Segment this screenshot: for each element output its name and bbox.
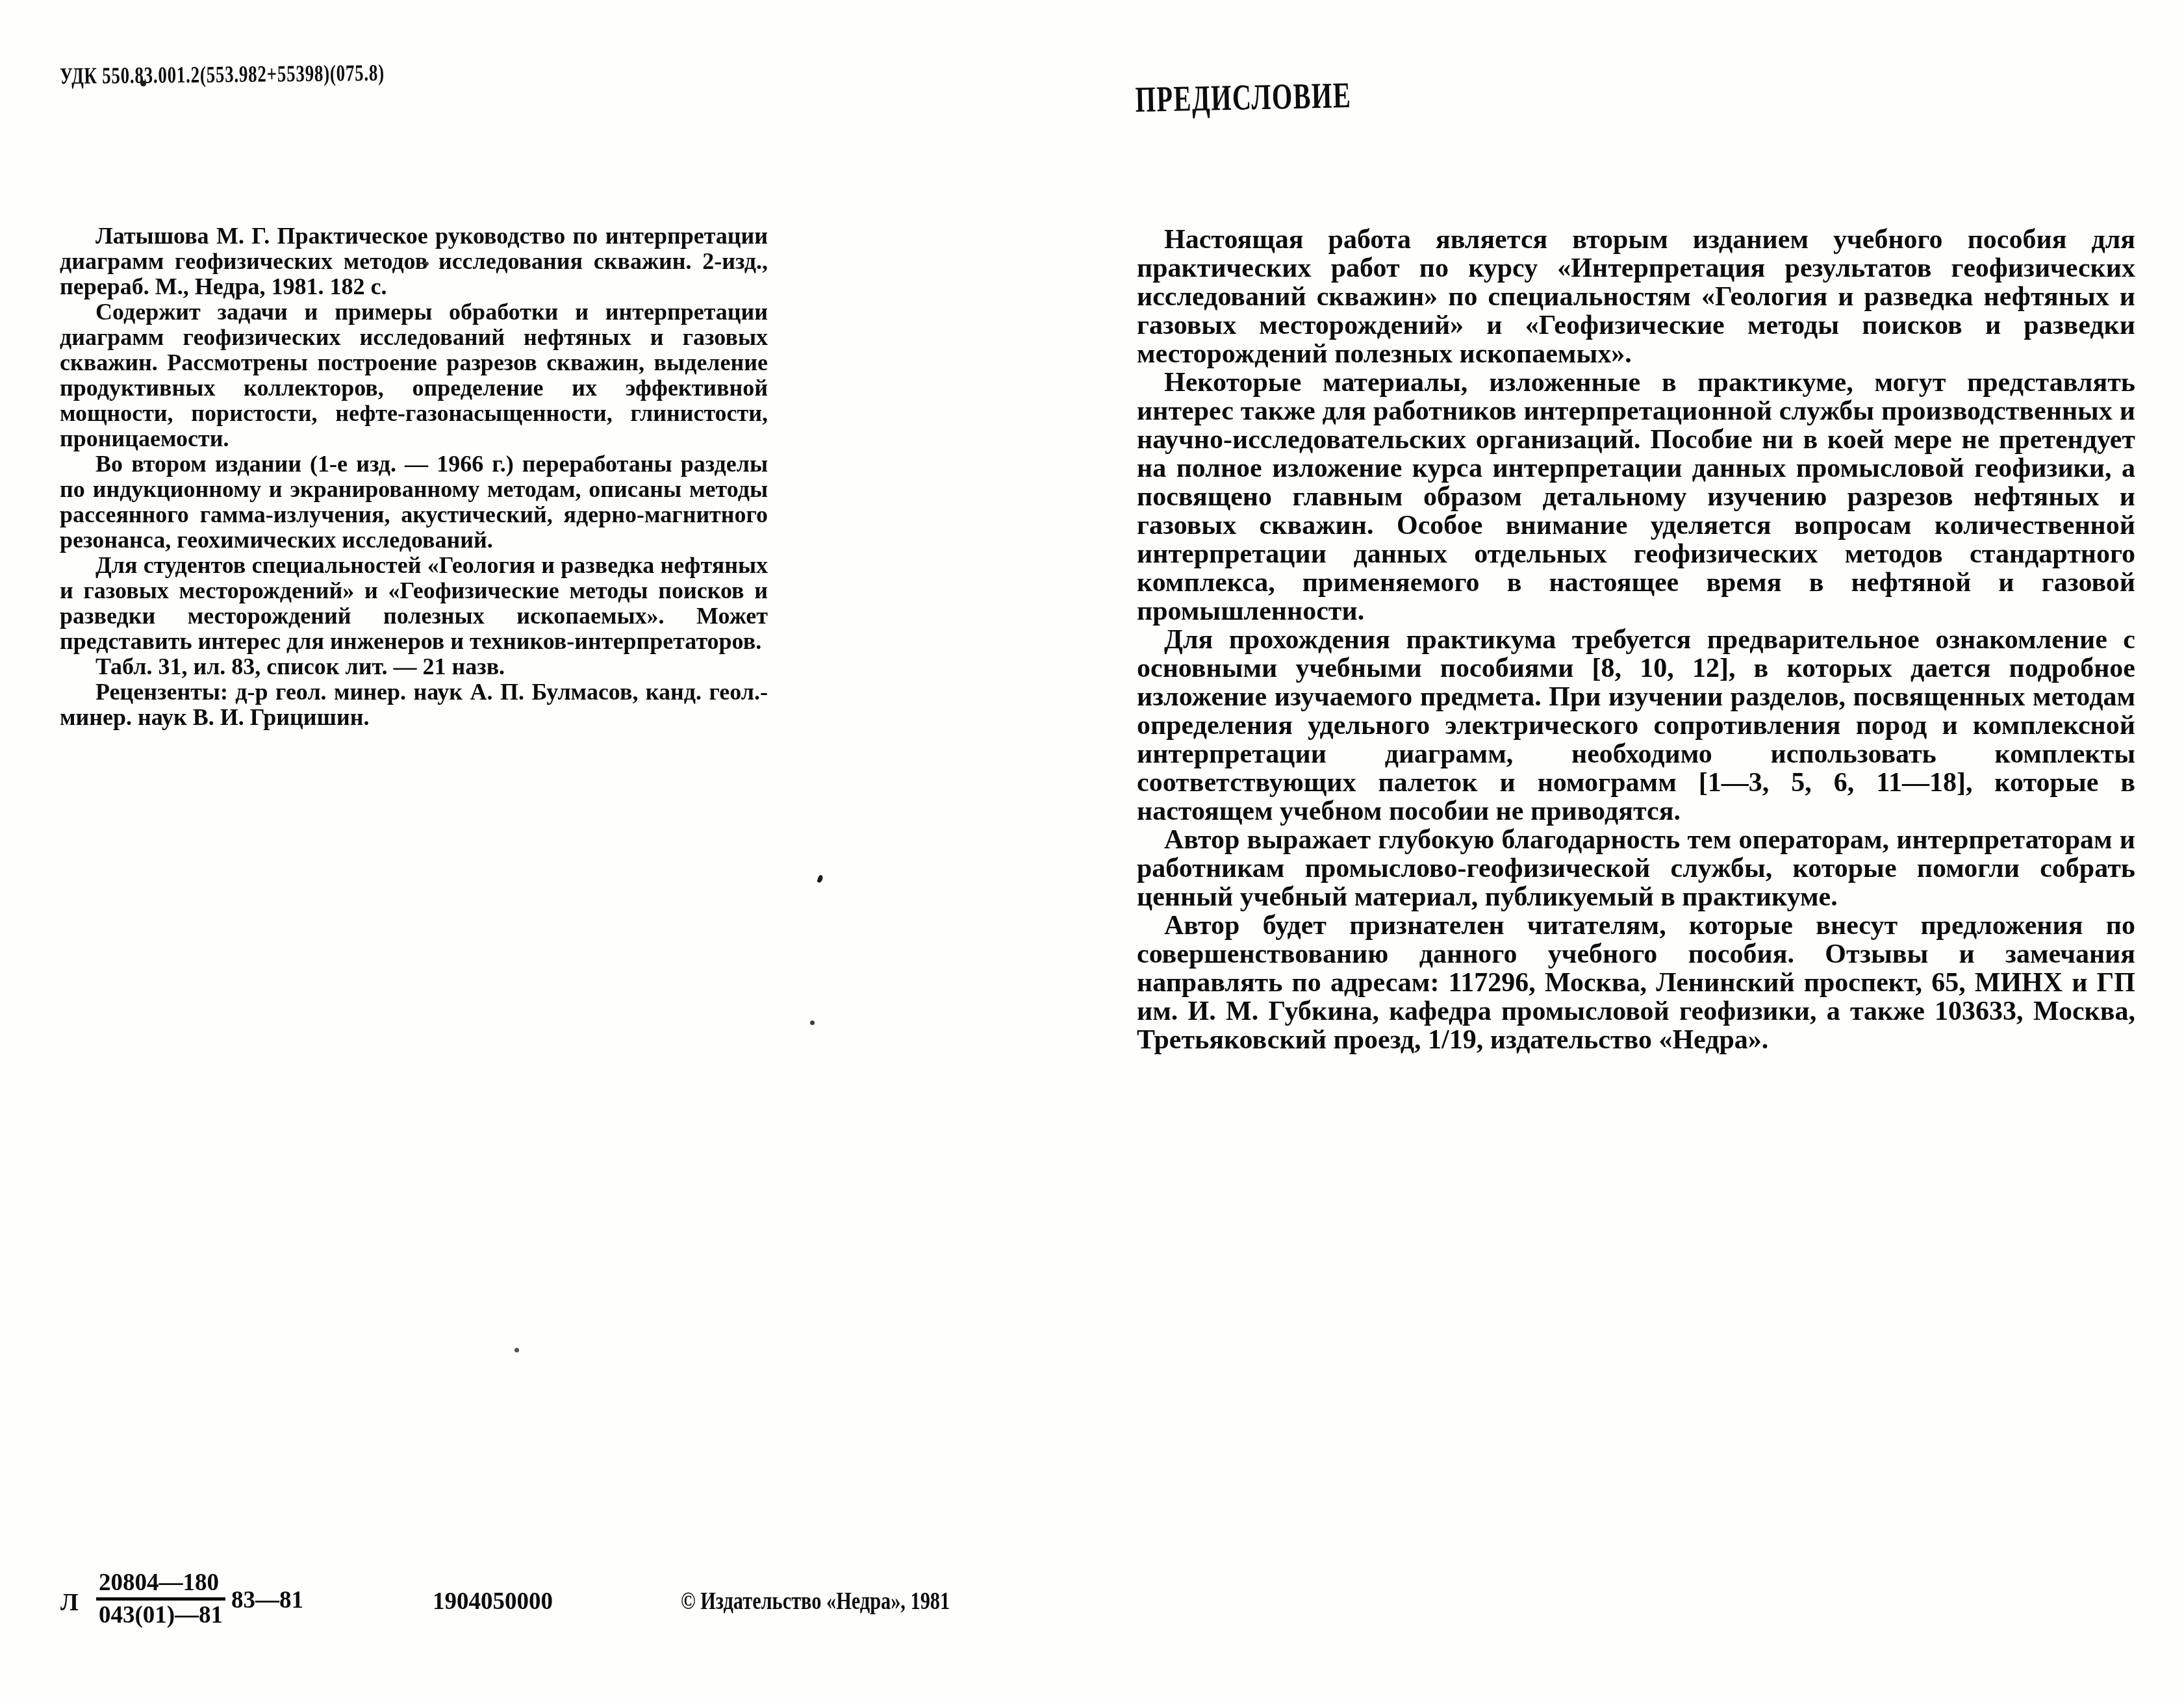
annotation-block: Латышова М. Г. Практическое руководство …: [60, 223, 768, 730]
udc-code: УДК 550.83.001.2(553.982+55398)(075.8): [60, 59, 385, 90]
preface-text-block: Настоящая работа является вторым издание…: [1137, 225, 2135, 1054]
annotation-paragraph-reviewers: Рецензенты: д-р геол. минер. наук А. П. …: [60, 679, 768, 730]
imprint-fraction-suffix: 83—81: [231, 1586, 303, 1614]
scan-speck: [810, 1020, 815, 1025]
scan-speck: [425, 262, 429, 266]
imprint-series-letter: Л: [60, 1589, 79, 1617]
annotation-paragraph-audience: Для студентов специальностей «Геология и…: [60, 553, 768, 654]
preface-title: ПРЕДИСЛОВИЕ: [1135, 75, 1352, 121]
preface-paragraph-scope: Некоторые материалы, изложенные в практи…: [1137, 368, 2135, 626]
scan-speck: [514, 1348, 519, 1352]
preface-paragraph-feedback-addresses: Автор будет признателен читателям, котор…: [1137, 911, 2135, 1054]
preface-paragraph-prerequisites: Для прохождения практикума требуется пре…: [1137, 626, 2135, 826]
annotation-paragraph-second-edition: Во втором издании (1-е изд. — 1966 г.) п…: [60, 451, 768, 553]
annotation-paragraph-tables-figures: Табл. 31, ил. 83, список лит. — 21 назв.: [60, 654, 768, 679]
scan-speck: [140, 81, 146, 86]
preface-paragraph-edition: Настоящая работа является вторым издание…: [1137, 225, 2135, 368]
imprint-fraction-numerator: 20804—180: [96, 1570, 225, 1601]
preface-paragraph-acknowledgements: Автор выражает глубокую благодарность те…: [1137, 826, 2135, 911]
annotation-paragraph-contents: Содержит задачи и примеры обработки и ин…: [60, 299, 768, 451]
book-spread-scan: УДК 550.83.001.2(553.982+55398)(075.8) Л…: [0, 0, 2184, 1698]
scan-speck: [817, 874, 823, 883]
copyright-notice: © Издательство «Недра», 1981: [681, 1588, 950, 1616]
annotation-paragraph-bibliography: Латышова М. Г. Практическое руководство …: [60, 223, 768, 299]
imprint-catalog-fraction: 20804—180 043(01)—81: [96, 1570, 225, 1628]
imprint-catalog-number: 1904050000: [433, 1588, 553, 1616]
imprint-fraction-denominator: 043(01)—81: [99, 1601, 223, 1628]
